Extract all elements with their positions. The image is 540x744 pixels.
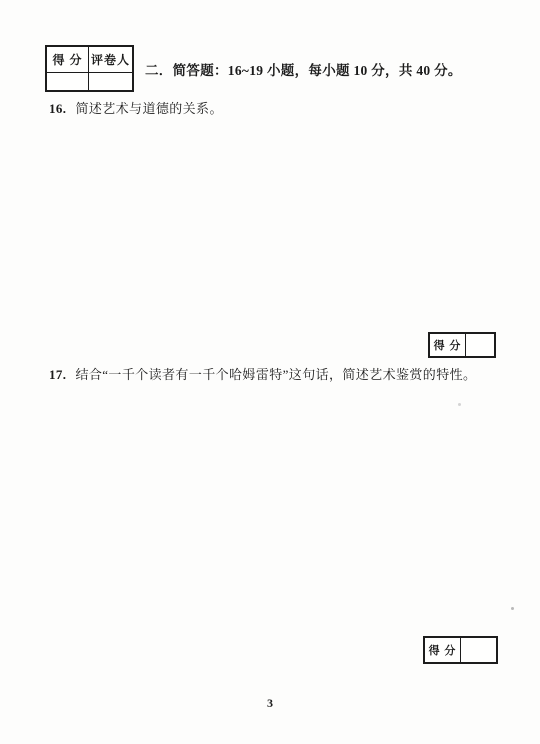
- score-box-label: 得 分: [430, 334, 466, 356]
- question-16: 16.简述艺术与道德的关系。: [49, 100, 509, 118]
- question-16-text: 简述艺术与道德的关系。: [75, 101, 222, 116]
- score-entry-cell: [461, 638, 496, 662]
- score-entry-cell: [466, 334, 494, 356]
- scan-speck: [458, 403, 461, 406]
- page-number: 3: [0, 696, 540, 711]
- grader-label: 评卷人: [89, 47, 132, 73]
- score-box-question-17: 得 分: [423, 636, 498, 664]
- score-entry-cell: [47, 73, 89, 90]
- grading-table: 得 分 评卷人: [45, 45, 134, 92]
- score-label: 得 分: [47, 47, 89, 73]
- question-17-number: 17.: [49, 367, 66, 382]
- score-box-label: 得 分: [425, 638, 461, 662]
- exam-paper-page: 得 分 评卷人 二．简答题：16~19 小题，每小题 10 分，共 40 分。 …: [0, 0, 540, 744]
- section-header: 二．简答题：16~19 小题，每小题 10 分，共 40 分。: [145, 62, 525, 80]
- question-16-number: 16.: [49, 101, 66, 116]
- score-box-question-16: 得 分: [428, 332, 496, 358]
- scan-speck: [511, 607, 514, 610]
- grader-entry-cell: [89, 73, 132, 90]
- question-17: 17.结合“一千个读者有一千个哈姆雷特”这句话，简述艺术鉴赏的特性。: [49, 366, 509, 384]
- question-17-text: 结合“一千个读者有一千个哈姆雷特”这句话，简述艺术鉴赏的特性。: [75, 367, 476, 382]
